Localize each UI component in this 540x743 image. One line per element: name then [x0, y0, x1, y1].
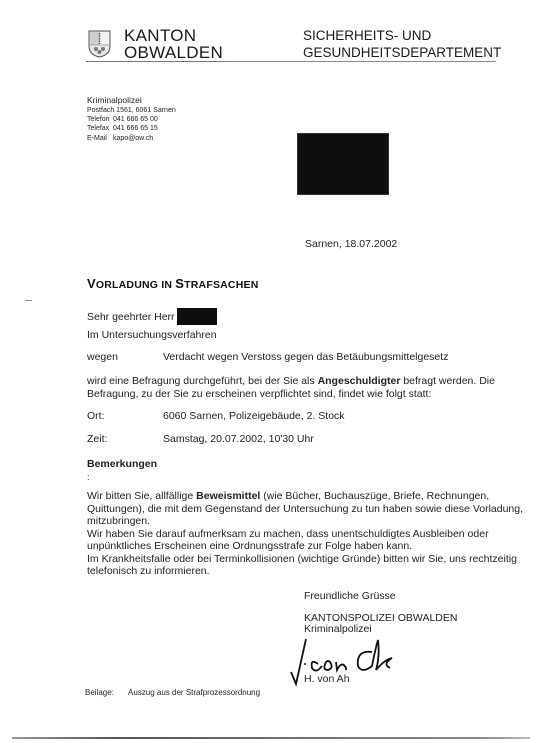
text: Wir bitten Sie, allfällige — [87, 490, 196, 502]
summons-paragraph: wird eine Befragung durchgeführt, bei de… — [87, 375, 527, 400]
enclosure-label: Beilage: — [85, 688, 128, 697]
coat-of-arms-icon — [88, 30, 111, 58]
date-line: Sarnen, 18.07.2002 — [305, 238, 397, 250]
signer-name: H. von Ah — [304, 673, 350, 686]
evidence-paragraph: Wir bitten Sie, allfällige Beweismittel … — [87, 490, 527, 528]
footer-divider — [12, 737, 530, 739]
salutation: Sehr geehrter Herr — [87, 308, 217, 325]
time-label: Zeit: — [87, 433, 107, 446]
salutation-text: Sehr geehrter Herr — [87, 311, 175, 323]
margin-mark — [25, 300, 32, 301]
department-name: SICHERHEITS- UND GESUNDHEITSDEPARTEMENT — [303, 27, 501, 61]
title-part: TRAFSACHEN — [184, 279, 258, 291]
procedure-line: Im Untersuchungsverfahren — [87, 329, 217, 342]
remarks-heading: Bemerkungen — [87, 458, 157, 471]
role-emphasis: Angeschuldigter — [318, 375, 401, 387]
remarks-body: Wir bitten Sie, allfällige Beweismittel … — [87, 490, 527, 578]
canton-name-line1: KANTON — [124, 27, 223, 44]
text: wird eine Befragung durchgeführt, bei de… — [87, 375, 318, 387]
remarks-colon: : — [87, 471, 90, 484]
title-part: ORLADUNG IN — [96, 279, 175, 291]
canton-name-line2: OBWALDEN — [124, 44, 223, 61]
place-value: 6060 Sarnen, Polizeigebäude, 2. Stock — [163, 410, 345, 423]
time-value: Samstag, 20.07.2002, 10'30 Uhr — [163, 433, 314, 446]
header-divider — [86, 61, 226, 62]
department-line1: SICHERHEITS- UND — [303, 27, 501, 44]
document-title: VORLADUNG IN STRAFSACHEN — [87, 276, 259, 291]
department-line2: GESUNDHEITSDEPARTEMENT — [303, 44, 501, 61]
title-part: V — [87, 276, 96, 291]
closing-greeting: Freundliche Grüsse — [304, 590, 396, 603]
phone-value: 041 666 65 00 — [113, 115, 158, 124]
penalty-paragraph: Wir haben Sie darauf aufmerksam zu mache… — [87, 528, 527, 553]
title-part: S — [175, 276, 184, 291]
sender-fax: Telefax041 666 65 15 — [87, 124, 176, 133]
header-divider-right — [226, 61, 496, 62]
sender-unit: Kriminalpolizei — [87, 95, 176, 106]
redacted-recipient-name — [177, 308, 217, 325]
phone-label: Telefon — [87, 115, 113, 124]
illness-paragraph: Im Krankheitsfalle oder bei Terminkollis… — [87, 553, 527, 578]
canton-name: KANTON OBWALDEN — [124, 27, 223, 61]
sender-phone: Telefon041 666 65 00 — [87, 115, 176, 124]
place-label: Ort: — [87, 410, 105, 423]
reason-value: Verdacht wegen Verstoss gegen das Betäub… — [163, 351, 448, 364]
enclosure-line: Beilage:Auszug aus der Strafprozessordnu… — [85, 688, 260, 697]
sender-email: E-Mailkapo@ow.ch — [87, 134, 176, 143]
email-value: kapo@ow.ch — [113, 134, 153, 143]
reason-label: wegen — [87, 351, 118, 364]
redacted-recipient-address — [297, 133, 389, 195]
closing-unit: Kriminalpolizei — [304, 623, 372, 636]
fax-label: Telefax — [87, 124, 113, 133]
enclosure-value: Auszug aus der Strafprozessordnung — [128, 688, 260, 697]
email-label: E-Mail — [87, 134, 113, 143]
sender-address: Postfach 1561, 6061 Sarnen — [87, 106, 176, 115]
sender-block: Kriminalpolizei Postfach 1561, 6061 Sarn… — [87, 95, 176, 143]
evidence-emphasis: Beweismittel — [196, 490, 260, 502]
fax-value: 041 666 65 15 — [113, 124, 158, 133]
